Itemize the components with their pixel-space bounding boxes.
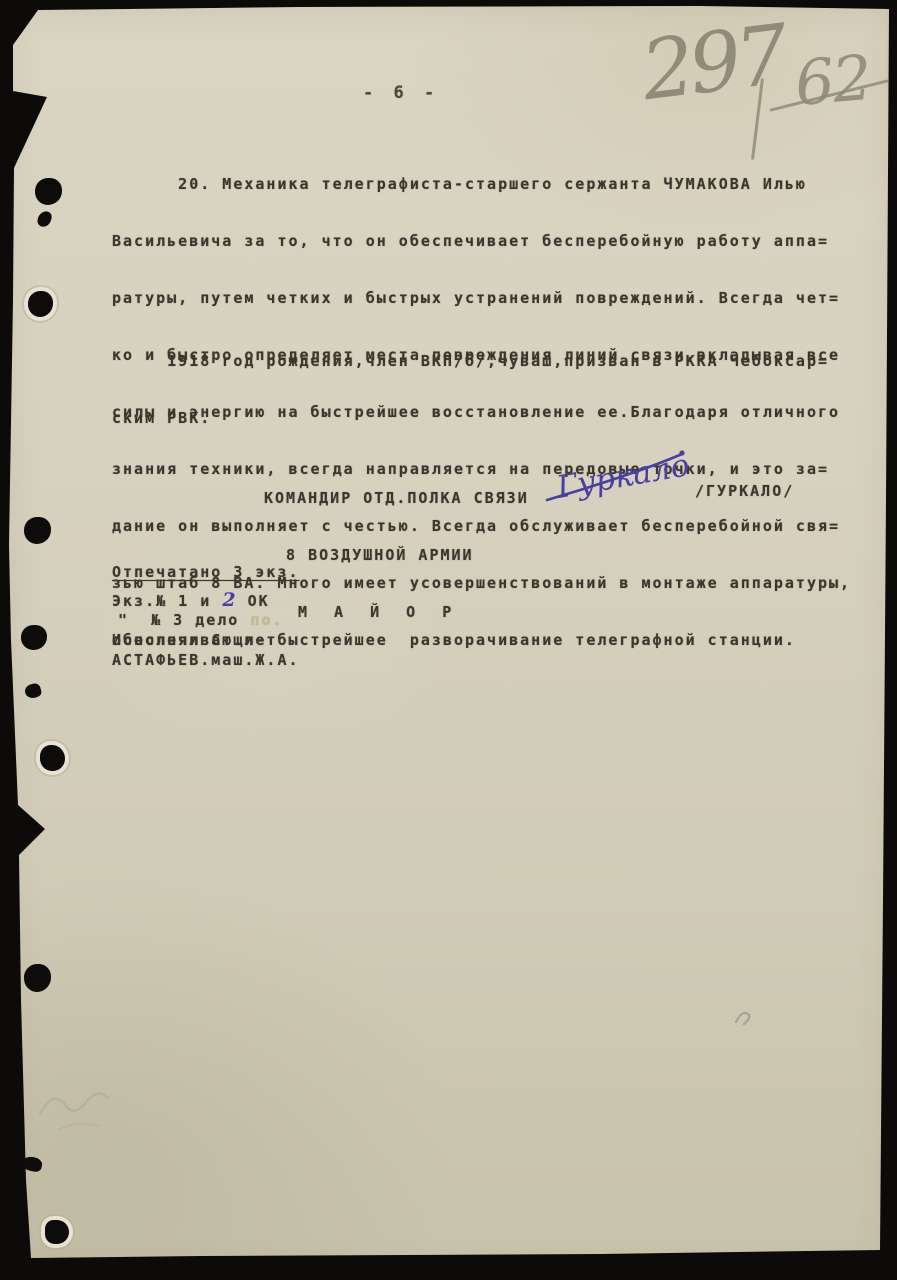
copy-line-suffix: ОК (237, 592, 270, 610)
faint-pencil-scribble (28, 1072, 158, 1142)
signature-title-block: КОМАНДИР ОТД.ПОЛКА СВЯЗИ 8 ВОЗДУШНОЙ АРМ… (264, 451, 529, 660)
copies-count-line: Отпечатано 3 экз. (112, 563, 300, 582)
file-line-text: " № 3 дело (118, 611, 250, 629)
commander-title-line: КОМАНДИР ОТД.ПОЛКА СВЯЗИ (264, 489, 529, 508)
scanned-document: - 6 - 297 62 20. Механика телеграфиста-с… (0, 0, 897, 1280)
handwritten-copy-number: 2 (222, 589, 236, 611)
pencil-crossed-number: 62 (792, 41, 873, 120)
faded-stamp-text: по. (250, 611, 283, 629)
file-copy-line: " № 3 дело по. (118, 611, 283, 630)
page-number: - 6 - (363, 84, 439, 103)
typist-line: АСТАФЬЕВ.маш.Ж.А. (112, 651, 300, 670)
copy-distribution-line: Экз.№ 1 и 2 ОК (112, 591, 270, 611)
paragraph-line: ратуры, путем четких и быстрых устранени… (112, 289, 851, 308)
paragraph-line: ским РВК. (112, 409, 829, 428)
executor-line: Исполнял Ст.л-т (112, 631, 277, 650)
paragraph-line: 1918 год рождения,член ВКП/б/,чуваш,приз… (112, 352, 829, 371)
paragraph-line: Васильевича за то, что он обеспечивает б… (112, 232, 851, 251)
faint-pencil-mark (728, 1004, 756, 1030)
punch-hole (45, 1220, 69, 1244)
punch-hole (40, 745, 65, 771)
paragraph-line: 20. Механика телеграфиста-старшего сержа… (112, 175, 851, 194)
army-title-line: 8 ВОЗДУШНОЙ АРМИИ (264, 546, 529, 565)
copy-line-prefix: Экз.№ 1 и (112, 592, 222, 610)
pencil-archive-number: 297 (637, 8, 789, 120)
rank-line: М А Й О Р (298, 603, 529, 622)
typed-surname: /ГУРКАЛО/ (695, 482, 794, 501)
signature-text: Гуркало (553, 447, 692, 506)
